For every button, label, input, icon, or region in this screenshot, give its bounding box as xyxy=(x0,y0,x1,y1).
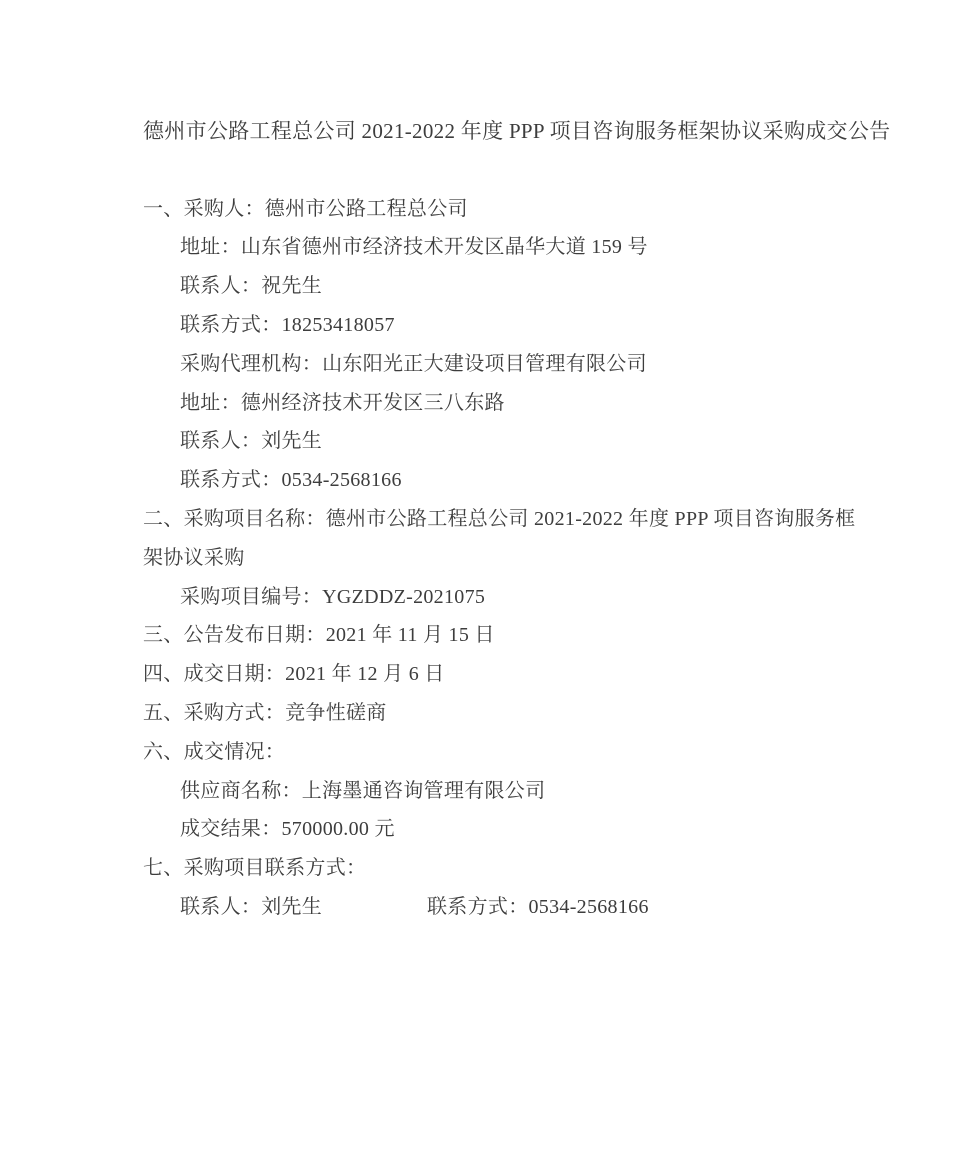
document-page: { "page": { "background": "#ffffff", "te… xyxy=(0,0,967,1159)
line-project-name-1: 二、采购项目名称：德州市公路工程总公司 2021-2022 年度 PPP 项目咨… xyxy=(143,500,833,539)
line-project-name-2: 架协议采购 xyxy=(143,539,833,578)
line-purchaser-phone: 联系方式：18253418057 xyxy=(143,306,833,345)
line-agency-phone: 联系方式：0534-2568166 xyxy=(143,461,833,500)
line-announce-date: 三、公告发布日期：2021 年 11 月 15 日 xyxy=(143,616,833,655)
line-award-section: 六、成交情况： xyxy=(143,733,833,772)
line-purchaser: 一、采购人：德州市公路工程总公司 xyxy=(143,190,833,229)
final-contact-name: 联系人：刘先生 xyxy=(180,888,427,927)
line-agency-contact: 联系人：刘先生 xyxy=(143,422,833,461)
line-contact-section: 七、采购项目联系方式： xyxy=(143,849,833,888)
line-procurement-method: 五、采购方式：竞争性磋商 xyxy=(143,694,833,733)
line-award-date: 四、成交日期：2021 年 12 月 6 日 xyxy=(143,655,833,694)
line-project-number: 采购项目编号：YGZDDZ-2021075 xyxy=(143,578,833,617)
page-title: 德州市公路工程总公司 2021-2022 年度 PPP 项目咨询服务框架协议采购… xyxy=(143,112,833,151)
line-final-contact: 联系人：刘先生联系方式：0534-2568166 xyxy=(143,888,833,927)
announcement-body: 德州市公路工程总公司 2021-2022 年度 PPP 项目咨询服务框架协议采购… xyxy=(143,112,833,927)
line-purchaser-contact: 联系人：祝先生 xyxy=(143,267,833,306)
line-agency-address: 地址：德州经济技术开发区三八东路 xyxy=(143,384,833,423)
line-award-amount: 成交结果：570000.00 元 xyxy=(143,810,833,849)
line-purchaser-address: 地址：山东省德州市经济技术开发区晶华大道 159 号 xyxy=(143,228,833,267)
line-supplier-name: 供应商名称：上海墨通咨询管理有限公司 xyxy=(143,772,833,811)
line-agency-name: 采购代理机构：山东阳光正大建设项目管理有限公司 xyxy=(143,345,833,384)
final-contact-phone: 联系方式：0534-2568166 xyxy=(427,896,649,918)
